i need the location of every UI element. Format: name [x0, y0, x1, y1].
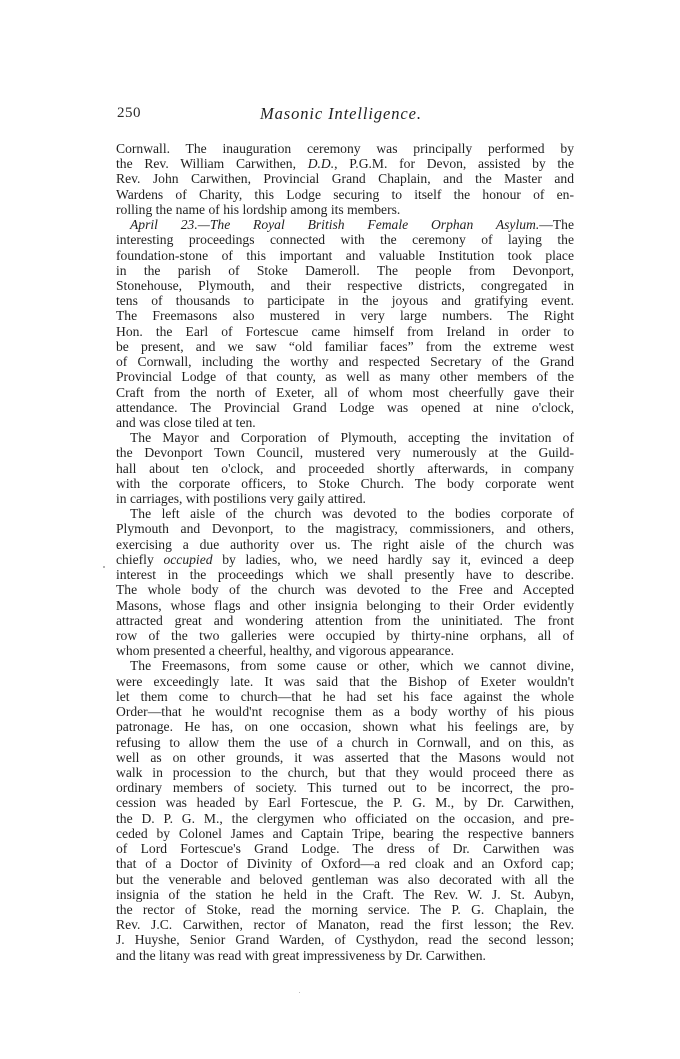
text-line: the D. P. G. M., the clergymen who offic…: [116, 811, 574, 826]
text-run: chiefly: [116, 552, 163, 567]
scanned-page: 250 Masonic Intelligence. Cornwall. The …: [0, 0, 680, 1059]
text-run: the Rev. William Carwithen,: [116, 156, 308, 171]
text-line: well as on other grounds, it was asserte…: [116, 750, 574, 765]
text-line: walk in procession to the church, but th…: [116, 765, 574, 780]
text-line: were exceedingly late. It was said that …: [116, 674, 574, 689]
text-line: Hon. the Earl of Fortescue came himself …: [116, 324, 574, 339]
text-line: exercising a due authority over us. The …: [116, 537, 574, 552]
article-body: Cornwall. The inauguration ceremony was …: [116, 141, 574, 963]
text-line: the rector of Stoke, read the morning se…: [116, 902, 574, 917]
text-line: Craft from the north of Exeter, all of w…: [116, 385, 574, 400]
text-line: The Mayor and Corporation of Plymouth, a…: [116, 430, 574, 445]
text-line: tens of thousands to participate in the …: [116, 293, 574, 308]
text-line: Wardens of Charity, this Lodge securing …: [116, 187, 574, 202]
text-line: refusing to allow them the use of a chur…: [116, 735, 574, 750]
text-line: J. Huyshe, Senior Grand Warden, of Cysth…: [116, 932, 574, 947]
text-line: Provincial Lodge of that county, as well…: [116, 369, 574, 384]
text-line: in carriages, with postilions very gaily…: [116, 491, 574, 506]
text-line: ordinary members of society. This turned…: [116, 780, 574, 795]
text-run: —The: [539, 217, 574, 232]
text-line: Plymouth and Devonport, to the magistrac…: [116, 521, 574, 536]
running-title: Masonic Intelligence.: [260, 104, 422, 124]
text-line: April 23.—The Royal British Female Orpha…: [116, 217, 574, 232]
text-line: attendance. The Provincial Grand Lodge w…: [116, 400, 574, 415]
text-line: Order—that he would'nt recognise them as…: [116, 704, 574, 719]
text-line: with the corporate officers, to Stoke Ch…: [116, 476, 574, 491]
text-line: The whole body of the church was devoted…: [116, 582, 574, 597]
text-line: The Freemasons also mustered in very lar…: [116, 308, 574, 323]
italic-run: occupied: [163, 552, 212, 567]
text-line: Cornwall. The inauguration ceremony was …: [116, 141, 574, 156]
text-line: the Devonport Town Council, mustered ver…: [116, 445, 574, 460]
text-line: that of a Doctor of Divinity of Oxford—a…: [116, 856, 574, 871]
text-line: patronage. He has, on one occasion, show…: [116, 719, 574, 734]
text-line: and the litany was read with great impre…: [116, 948, 574, 963]
text-line: interesting proceedings connected with t…: [116, 232, 574, 247]
text-line: the Rev. William Carwithen, D.D., P.G.M.…: [116, 156, 574, 171]
page-number: 250: [117, 105, 141, 122]
text-line: be present, and we saw “old familiar fac…: [116, 339, 574, 354]
text-run: , P.G.M. for Devon, assisted by the: [334, 156, 574, 171]
text-line: of Cornwall, including the worthy and re…: [116, 354, 574, 369]
text-line: but the venerable and beloved gentleman …: [116, 872, 574, 887]
text-line: whom presented a cheerful, healthy, and …: [116, 643, 574, 658]
scan-speck: [103, 566, 105, 568]
text-line: in the parish of Stoke Dameroll. The peo…: [116, 263, 574, 278]
text-line: and was close tiled at ten.: [116, 415, 574, 430]
text-line: interest in the proceedings which we sha…: [116, 567, 574, 582]
text-line: Rev. John Carwithen, Provincial Grand Ch…: [116, 171, 574, 186]
text-line: Masons, whose flags and other insignia b…: [116, 598, 574, 613]
text-line: rolling the name of his lordship among i…: [116, 202, 574, 217]
text-line: chiefly occupied by ladies, who, we need…: [116, 552, 574, 567]
text-line: cession was headed by Earl Fortescue, th…: [116, 795, 574, 810]
italic-run: April 23.—The Royal British Female Orpha…: [130, 217, 539, 232]
text-run: by ladies, who, we need hardly say it, e…: [213, 552, 574, 567]
text-line: let them come to church—that he had set …: [116, 689, 574, 704]
text-line: Rev. J.C. Carwithen, rector of Manaton, …: [116, 917, 574, 932]
scan-speck: [299, 992, 300, 993]
text-line: The Freemasons, from some cause or other…: [116, 658, 574, 673]
text-line: foundation-stone of this important and v…: [116, 248, 574, 263]
italic-run: D.D.: [308, 156, 334, 171]
text-line: row of the two galleries were occupied b…: [116, 628, 574, 643]
text-line: ceded by Colonel James and Captain Tripe…: [116, 826, 574, 841]
running-head: 250 Masonic Intelligence.: [116, 104, 574, 126]
text-line: of Lord Fortescue's Grand Lodge. The dre…: [116, 841, 574, 856]
text-line: The left aisle of the church was devoted…: [116, 506, 574, 521]
text-line: attracted great and wondering attention …: [116, 613, 574, 628]
text-line: Stonehouse, Plymouth, and their respecti…: [116, 278, 574, 293]
text-line: hall about ten o'clock, and proceeded sh…: [116, 461, 574, 476]
text-line: insignia of the station he held in the C…: [116, 887, 574, 902]
